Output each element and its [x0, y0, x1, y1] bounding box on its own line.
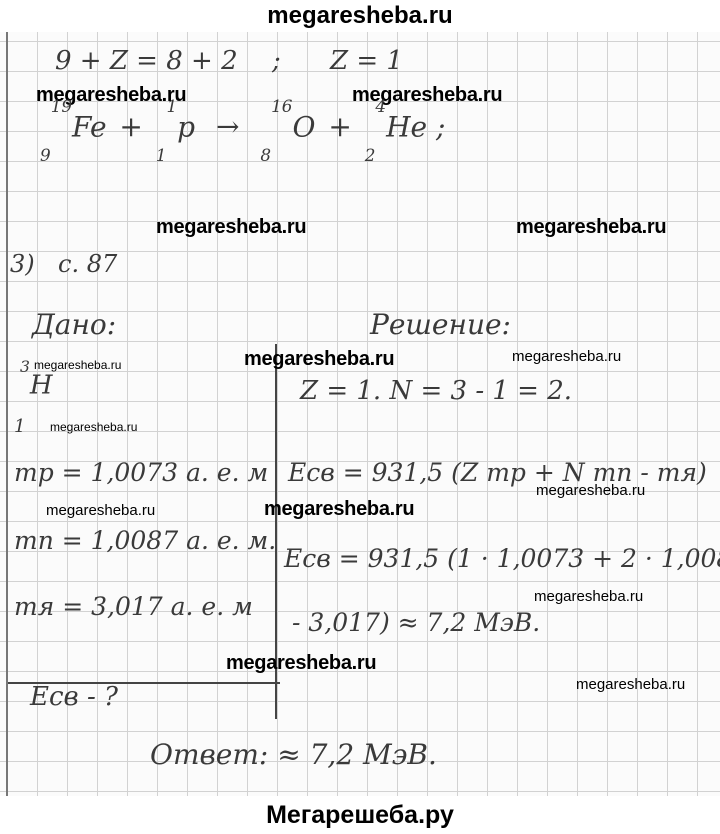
footer-watermark: Мегарешеба.ру — [0, 796, 720, 834]
equation-z-result: Z = 1 — [330, 46, 403, 76]
watermark: megaresheba.ru — [264, 498, 414, 521]
answer: Ответ: ≈ 7,2 МэВ. — [150, 738, 437, 771]
watermark: megaresheba.ru — [512, 348, 621, 365]
separator: ; — [272, 46, 281, 76]
header-watermark: megaresheba.ru — [0, 0, 720, 32]
nuclear-reaction: 919Fe + 11p → 816O + 24He ; — [40, 110, 445, 147]
step-calc-1: Eсв = 931,5 (1 · 1,0073 + 2 · 1,0087 - — [284, 544, 720, 573]
arrow-icon: → — [216, 110, 239, 143]
given-proton-mass: mp = 1,0073 а. е. м — [14, 458, 268, 487]
given-nucleus: 3H — [20, 370, 53, 401]
step-calc-2: - 3,017) ≈ 7,2 МэВ. — [292, 608, 540, 637]
watermark: megaresheba.ru — [50, 420, 137, 434]
step-z-n: Z = 1. N = 3 - 1 = 2. — [300, 376, 572, 406]
watermark: megaresheba.ru — [576, 676, 685, 693]
task-page: с. 87 — [58, 250, 117, 278]
watermark: megaresheba.ru — [46, 502, 155, 519]
product-2: 24He — [365, 110, 427, 147]
watermark: megaresheba.ru — [244, 348, 394, 371]
task-number: 3) — [10, 250, 35, 278]
watermark: megaresheba.ru — [536, 482, 645, 499]
solution-label: Решение: — [370, 308, 511, 341]
watermark: megaresheba.ru — [226, 652, 376, 675]
product-1: 816O — [260, 110, 315, 147]
given-neutron-mass: mn = 1,0087 а. е. м. — [14, 526, 276, 555]
reactant-1: 919Fe — [40, 110, 107, 147]
given-find: Eсв - ? — [30, 682, 118, 712]
given-label: Дано: — [32, 308, 116, 341]
notebook-page: 9 + Z = 8 + 2 ; Z = 1 megaresheba.ru meg… — [0, 32, 720, 796]
watermark: megaresheba.ru — [516, 216, 666, 239]
watermark: megaresheba.ru — [534, 588, 643, 605]
reactant-2: 11p — [156, 110, 195, 147]
given-nucleus-mass: mя = 3,017 а. е. м — [14, 592, 253, 621]
given-nucleus-charge: 1 — [14, 416, 25, 437]
equation-charge-balance: 9 + Z = 8 + 2 — [55, 46, 238, 76]
watermark: megaresheba.ru — [156, 216, 306, 239]
